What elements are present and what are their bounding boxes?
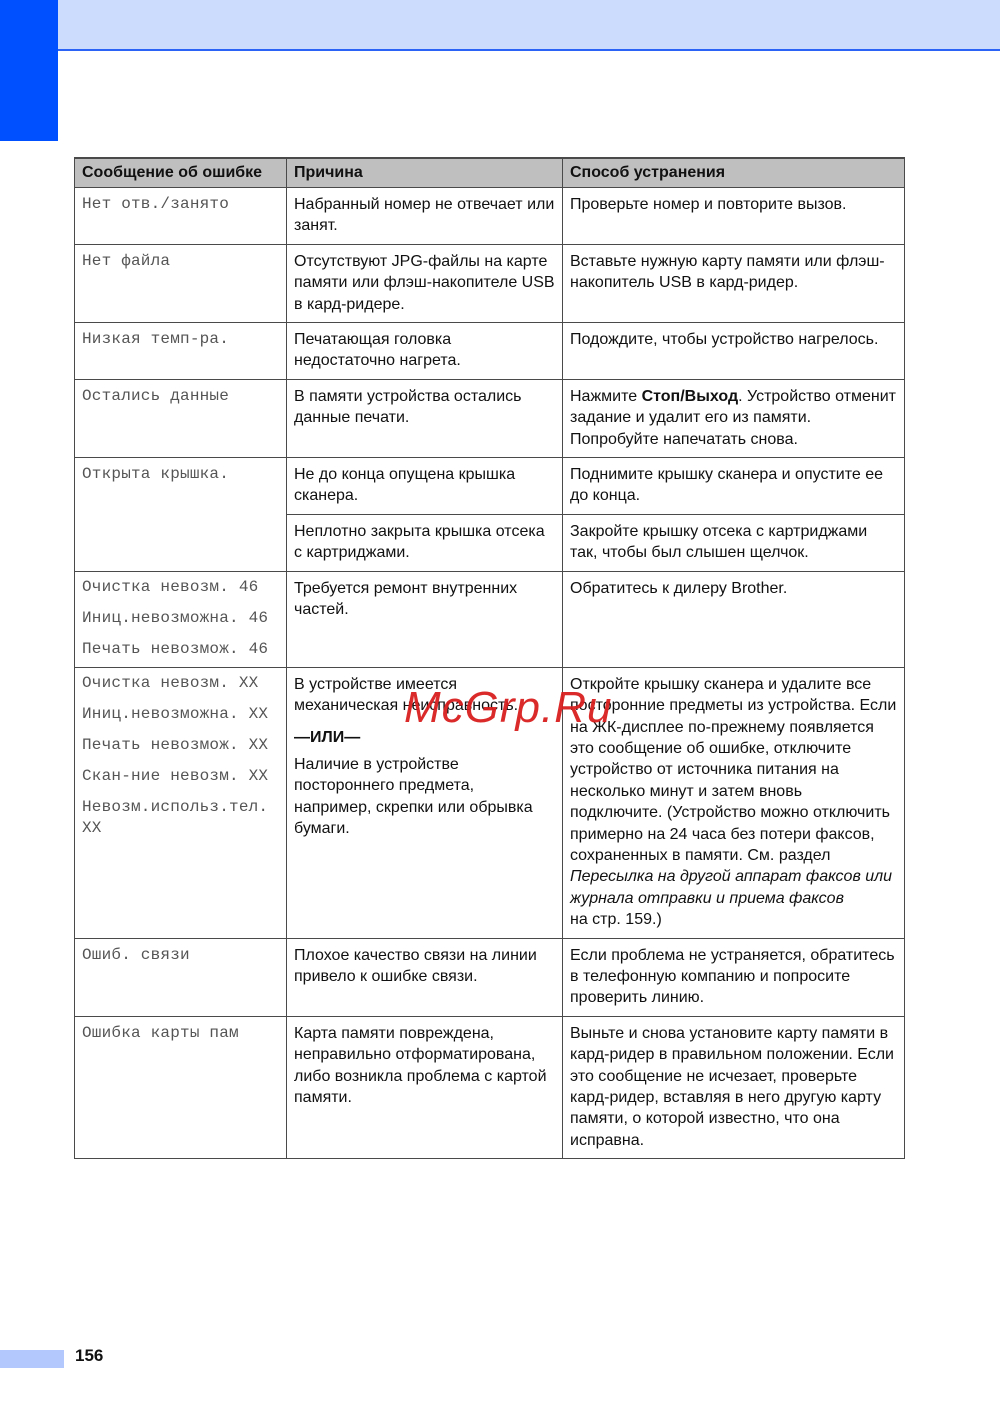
- remedy-cell: Поднимите крышку сканера и опустите ее д…: [563, 458, 905, 515]
- cause-text: В устройстве имеется механическая неиспр…: [294, 676, 518, 714]
- remedy-cell: Проверьте номер и повторите вызов.: [563, 188, 905, 245]
- cause-cell: Карта памяти повреждена, неправильно отф…: [287, 1016, 563, 1158]
- error-message: Иниц.невозможна. XX: [82, 704, 279, 725]
- table-header-row: Сообщение об ошибке Причина Способ устра…: [75, 158, 905, 188]
- table-row: Ошиб. связи Плохое качество связи на лин…: [75, 938, 905, 1016]
- table-row: Нет отв./занято Набранный номер не отвеч…: [75, 188, 905, 245]
- error-message-cell: Очистка невозм. XX Иниц.невозможна. XX П…: [75, 667, 287, 938]
- remedy-cell: Обратитесь к дилеру Brother.: [563, 571, 905, 667]
- error-message: Скан-ние невозм. XX: [82, 766, 279, 787]
- cause-cell: Печатающая головка недостаточно нагрета.: [287, 323, 563, 380]
- table-row: Очистка невозм. 46 Иниц.невозможна. 46 П…: [75, 571, 905, 667]
- chapter-tab: [0, 0, 58, 141]
- header-remedy: Способ устранения: [563, 158, 905, 188]
- page-number-bar: [0, 1350, 64, 1368]
- remedy-cell: Выньте и снова установите карту памяти в…: [563, 1016, 905, 1158]
- page-number: 156: [75, 1346, 103, 1366]
- cause-cell: Набранный номер не отвечает или занят.: [287, 188, 563, 245]
- or-separator: —ИЛИ—: [294, 727, 555, 748]
- error-message: Печать невозмож. XX: [82, 735, 279, 756]
- error-message-cell: Очистка невозм. 46 Иниц.невозможна. 46 П…: [75, 571, 287, 667]
- remedy-cell: Нажмите Стоп/Выход. Устройство отменит з…: [563, 379, 905, 457]
- error-message: Печать невозмож. 46: [82, 639, 279, 660]
- remedy-cell: Закройте крышку отсека с картриджами так…: [563, 514, 905, 571]
- table-row: Открыта крышка. Не до конца опущена крыш…: [75, 458, 905, 515]
- error-message: Нет файла: [82, 251, 279, 272]
- error-message-cell: Нет отв./занято: [75, 188, 287, 245]
- error-message-cell: Остались данные: [75, 379, 287, 457]
- cause-cell: Требуется ремонт внутренних частей.: [287, 571, 563, 667]
- remedy-text: Откройте крышку сканера и удалите все по…: [570, 676, 896, 864]
- error-message-cell: Открыта крышка.: [75, 458, 287, 572]
- table-row: Очистка невозм. XX Иниц.невозможна. XX П…: [75, 667, 905, 938]
- error-message: Нет отв./занято: [82, 194, 279, 215]
- error-message: Ошибка карты пам: [82, 1023, 279, 1044]
- remedy-cell: Подождите, чтобы устройство нагрелось.: [563, 323, 905, 380]
- cross-reference-link[interactable]: Пересылка на другой аппарат факсов или ж…: [570, 868, 892, 906]
- error-message: Открыта крышка.: [82, 464, 279, 485]
- error-message-cell: Низкая темп-ра.: [75, 323, 287, 380]
- error-message: Очистка невозм. 46: [82, 577, 279, 598]
- cause-text: Наличие в устройстве постороннего предме…: [294, 756, 533, 837]
- cause-cell: Не до конца опущена крышка сканера.: [287, 458, 563, 515]
- header-error-message: Сообщение об ошибке: [75, 158, 287, 188]
- cause-cell: В устройстве имеется механическая неиспр…: [287, 667, 563, 938]
- cause-cell: Неплотно закрыта крышка отсека с картрид…: [287, 514, 563, 571]
- table-row: Остались данные В памяти устройства оста…: [75, 379, 905, 457]
- cause-cell: Плохое качество связи на линии привело к…: [287, 938, 563, 1016]
- table-row: Ошибка карты пам Карта памяти повреждена…: [75, 1016, 905, 1158]
- error-message: Невозм.использ.тел. XX: [82, 797, 279, 839]
- error-message: Низкая темп-ра.: [82, 329, 279, 350]
- cause-cell: В памяти устройства остались данные печа…: [287, 379, 563, 457]
- error-message-cell: Ошиб. связи: [75, 938, 287, 1016]
- error-message: Иниц.невозможна. 46: [82, 608, 279, 629]
- error-message: Ошиб. связи: [82, 945, 279, 966]
- stop-exit-key-label: Стоп/Выход: [642, 388, 739, 405]
- table-row: Нет файла Отсутствуют JPG-файлы на карте…: [75, 244, 905, 322]
- error-message-cell: Нет файла: [75, 244, 287, 322]
- header-band: [58, 0, 1000, 51]
- cause-cell: Отсутствуют JPG-файлы на карте памяти ил…: [287, 244, 563, 322]
- remedy-cell: Если проблема не устраняется, обратитесь…: [563, 938, 905, 1016]
- table-row: Низкая темп-ра. Печатающая головка недос…: [75, 323, 905, 380]
- remedy-cell: Вставьте нужную карту памяти или флэш-на…: [563, 244, 905, 322]
- remedy-text: Нажмите: [570, 388, 642, 405]
- error-message: Очистка невозм. XX: [82, 673, 279, 694]
- error-message-cell: Ошибка карты пам: [75, 1016, 287, 1158]
- remedy-cell: Откройте крышку сканера и удалите все по…: [563, 667, 905, 938]
- remedy-text: на стр. 159.): [570, 911, 662, 928]
- error-message: Остались данные: [82, 386, 279, 407]
- header-cause: Причина: [287, 158, 563, 188]
- error-messages-table: Сообщение об ошибке Причина Способ устра…: [74, 157, 905, 1159]
